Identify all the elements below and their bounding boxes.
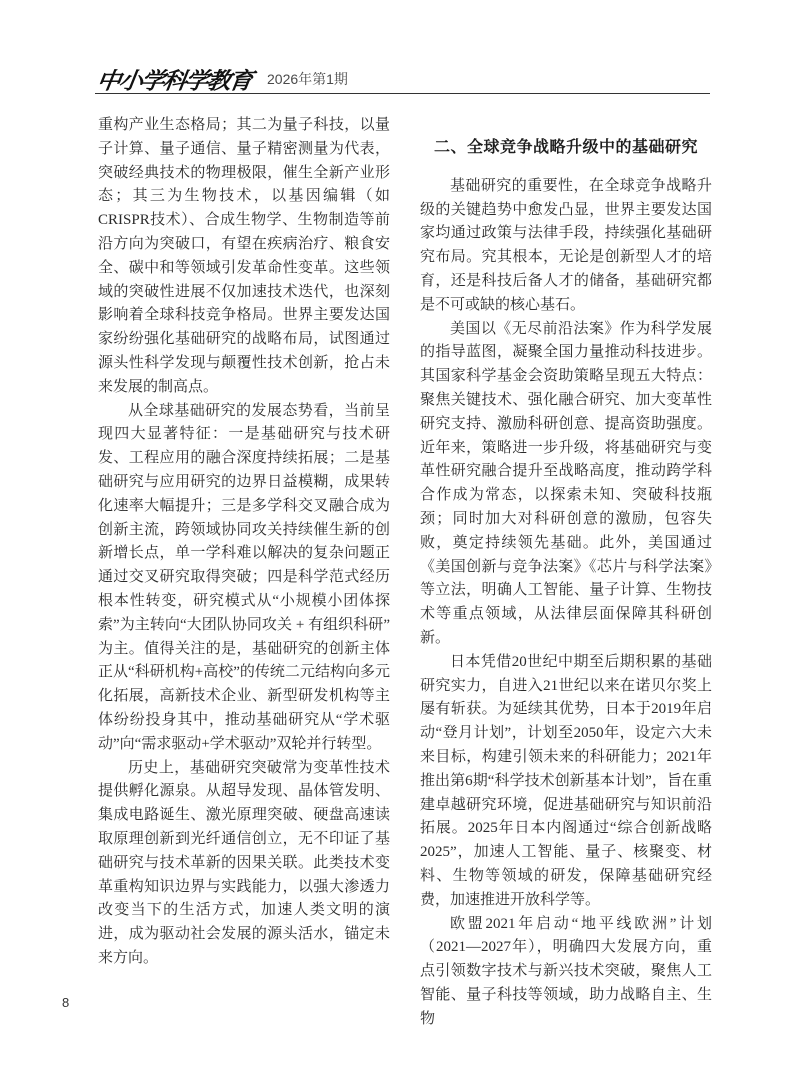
section-heading: 二、全球竞争战略升级中的基础研究	[420, 136, 712, 160]
journal-page: 中小学科学教育 2026年第1期 重构产业生态格局；其二为量子科技，以量子计算、…	[0, 0, 800, 1077]
paragraph-history: 历史上，基础研究突破常为变革性技术提供孵化源泉。从超导发现、晶体管发明、集成电路…	[98, 757, 390, 971]
journal-logo: 中小学科学教育	[95, 62, 254, 95]
paragraph-importance: 基础研究的重要性，在全球竞争战略升级的关键趋势中愈发凸显，世界主要发达国家均通过…	[420, 175, 712, 318]
page-header: 中小学科学教育 2026年第1期	[95, 60, 710, 94]
right-text-column: 二、全球竞争战略升级中的基础研究 基础研究的重要性，在全球竞争战略升级的关键趋势…	[420, 114, 712, 1031]
paragraph-eu: 欧盟2021年启动“地平线欧洲”计划（2021—2027年），明确四大发展方向，…	[420, 913, 712, 1032]
paragraph-continuation: 重构产业生态格局；其二为量子科技，以量子计算、量子通信、量子精密测量为代表，突破…	[98, 114, 390, 400]
paragraph-global-trends: 从全球基础研究的发展态势看，当前呈现四大显著特征：一是基础研究与技术研发、工程应…	[98, 400, 390, 757]
page-number: 8	[62, 995, 69, 1010]
issue-label: 2026年第1期	[267, 69, 348, 89]
left-text-column: 重构产业生态格局；其二为量子科技，以量子计算、量子通信、量子精密测量为代表，突破…	[98, 114, 390, 971]
header-divider	[95, 93, 710, 94]
paragraph-usa: 美国以《无尽前沿法案》作为科学发展的指导蓝图，凝聚全国力量推动科技进步。其国家科…	[420, 318, 712, 651]
paragraph-japan: 日本凭借20世纪中期至后期积累的基础研究实力，自进入21世纪以来在诺贝尔奖上屡有…	[420, 651, 712, 913]
